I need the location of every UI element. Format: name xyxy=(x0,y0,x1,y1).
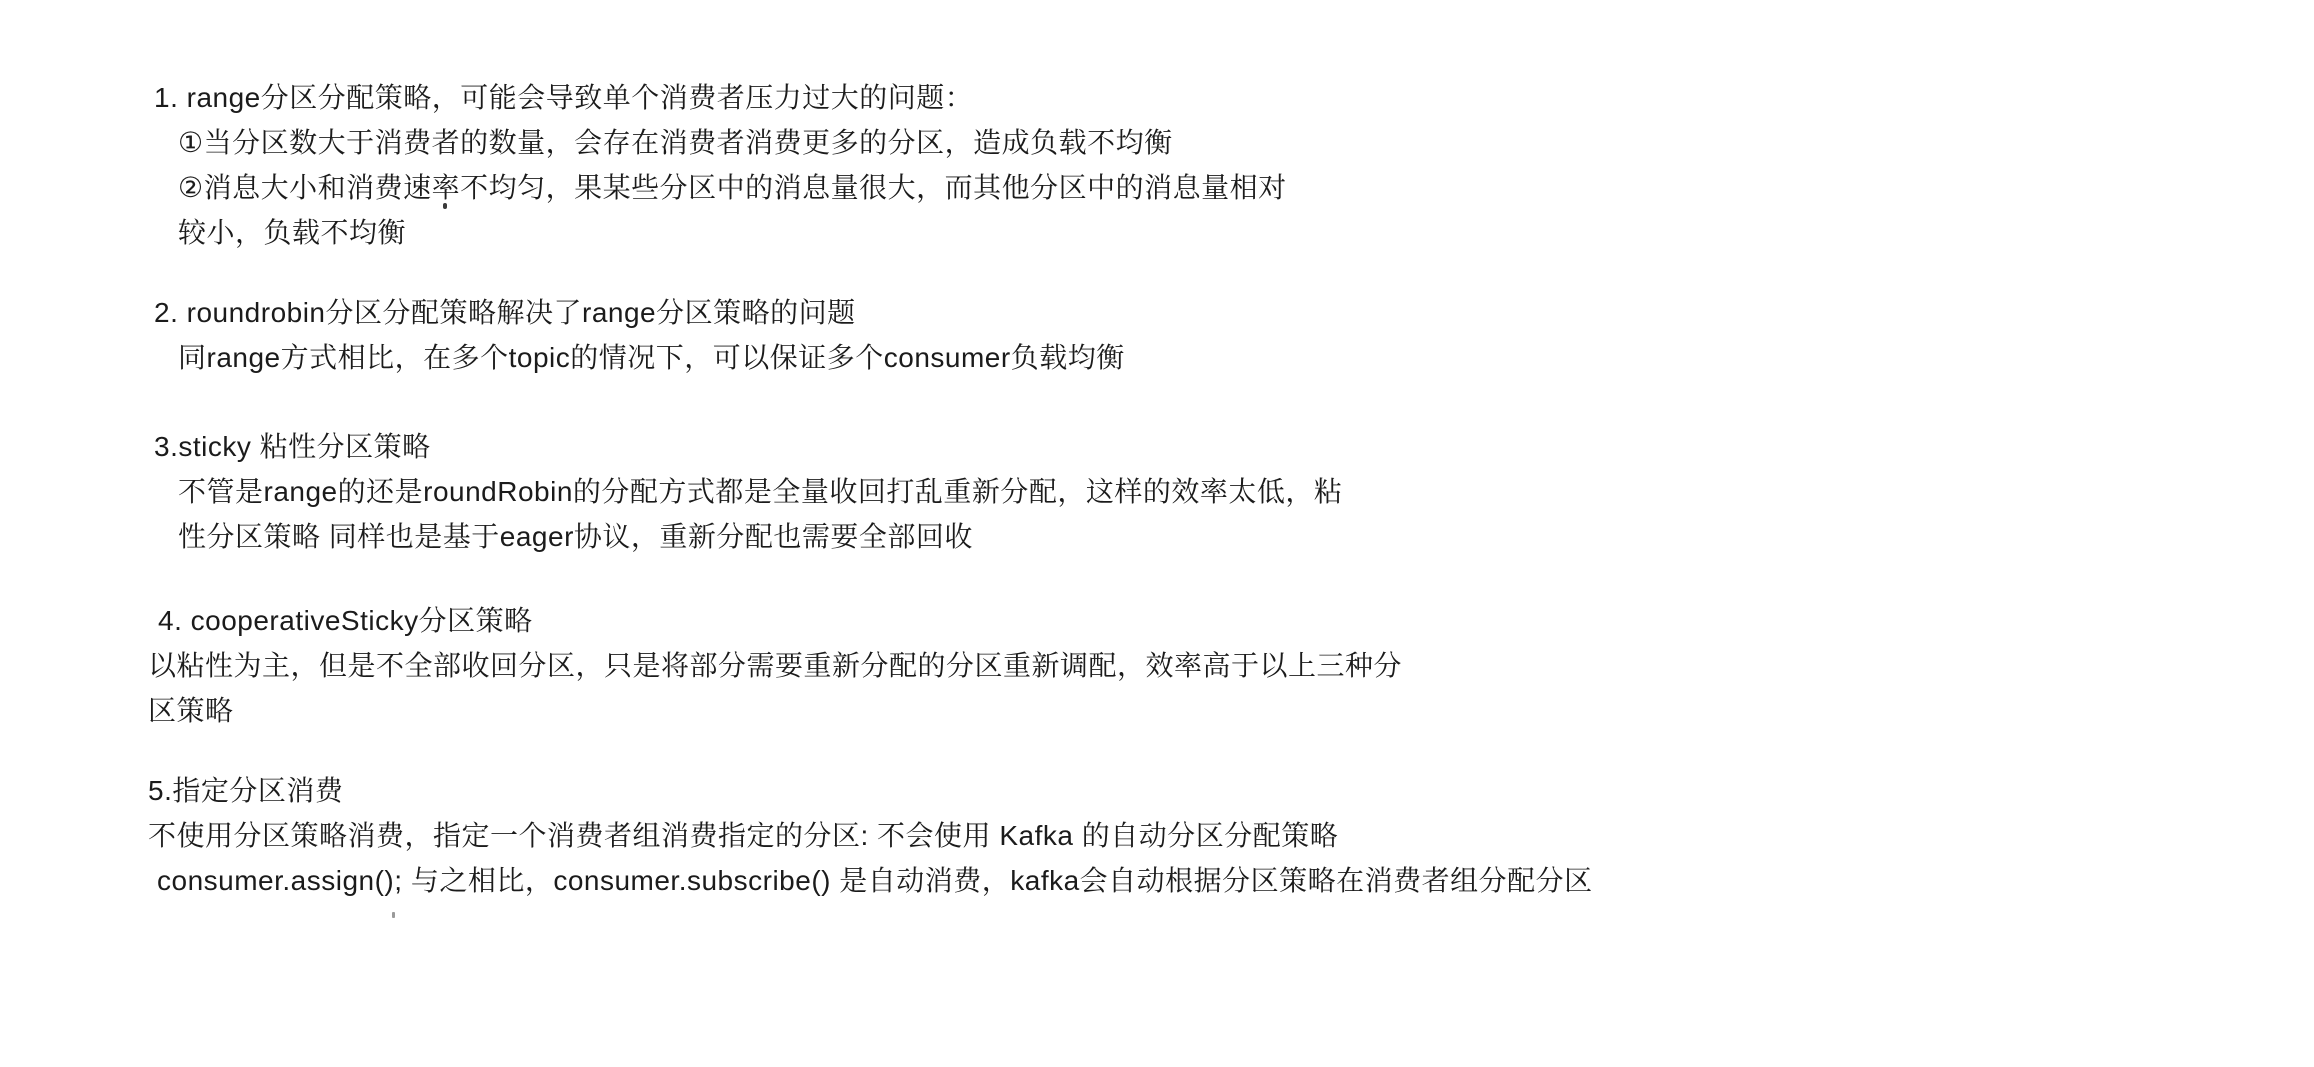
note-section-cooperative-sticky: 4. cooperativeSticky分区策略 以粘性为主，但是不全部收回分区… xyxy=(148,598,1648,733)
section-1-line: 较小，负载不均衡 xyxy=(148,210,1648,255)
section-3-line: 性分区策略 同样也是基于eager协议，重新分配也需要全部回收 xyxy=(148,514,1648,559)
section-1-heading: 1. range分区分配策略，可能会导致单个消费者压力过大的问题： xyxy=(148,75,1648,120)
section-3-heading: 3.sticky 粘性分区策略 xyxy=(148,424,1648,469)
section-2-heading: 2. roundrobin分区分配策略解决了range分区策略的问题 xyxy=(148,290,1648,335)
notes-page: 1. range分区分配策略，可能会导致单个消费者压力过大的问题： ①当分区数大… xyxy=(0,0,2314,1067)
stray-mark xyxy=(392,912,395,918)
section-1-line: ①当分区数大于消费者的数量，会存在消费者消费更多的分区，造成负载不均衡 xyxy=(148,120,1648,165)
section-2-line: 同range方式相比，在多个topic的情况下，可以保证多个consumer负载… xyxy=(148,335,1648,380)
section-3-line: 不管是range的还是roundRobin的分配方式都是全量收回打乱重新分配，这… xyxy=(148,469,1648,514)
section-5-heading: 5.指定分区消费 xyxy=(148,768,1648,813)
section-4-heading: 4. cooperativeSticky分区策略 xyxy=(148,598,1648,643)
note-section-sticky: 3.sticky 粘性分区策略 不管是range的还是roundRobin的分配… xyxy=(148,424,1648,559)
stray-mark xyxy=(443,203,447,209)
section-4-line: 以粘性为主，但是不全部收回分区，只是将部分需要重新分配的分区重新调配，效率高于以… xyxy=(148,643,1648,688)
section-5-code-line: consumer.assign(); 与之相比，consumer.subscri… xyxy=(148,858,1648,903)
section-5-line: 不使用分区策略消费，指定一个消费者组消费指定的分区: 不会使用 Kafka 的自… xyxy=(148,813,1648,858)
note-section-range: 1. range分区分配策略，可能会导致单个消费者压力过大的问题： ①当分区数大… xyxy=(148,75,1648,255)
section-4-line: 区策略 xyxy=(148,688,1648,733)
note-section-assigned-consumption: 5.指定分区消费 不使用分区策略消费，指定一个消费者组消费指定的分区: 不会使用… xyxy=(148,768,1648,903)
note-section-roundrobin: 2. roundrobin分区分配策略解决了range分区策略的问题 同rang… xyxy=(148,290,1648,380)
section-1-line: ②消息大小和消费速率不均匀，果某些分区中的消息量很大，而其他分区中的消息量相对 xyxy=(148,165,1648,210)
notes-content: 1. range分区分配策略，可能会导致单个消费者压力过大的问题： ①当分区数大… xyxy=(148,75,1648,903)
